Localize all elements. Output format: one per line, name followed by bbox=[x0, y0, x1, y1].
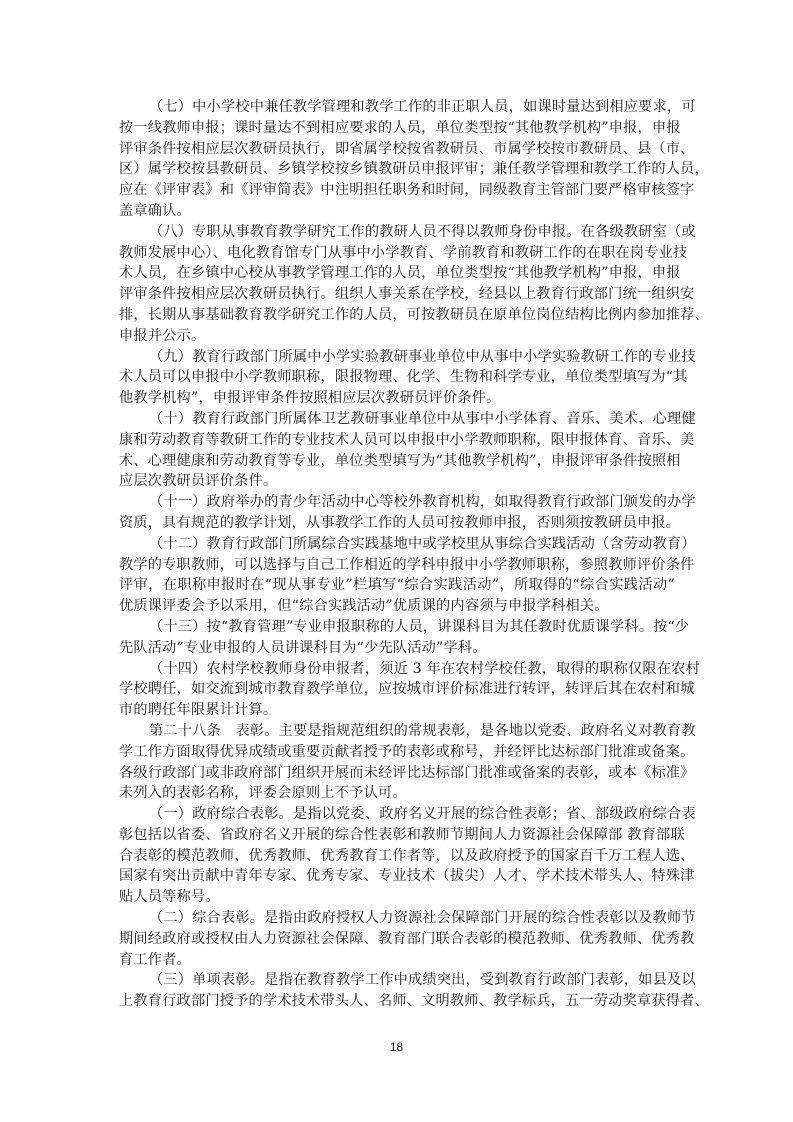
paragraph-item-14: （十四）农村学校教师身份申报者，须近 3 年在农村学校任教，取得的职称仅限在农村… bbox=[119, 659, 675, 721]
text-line: 评审，在职称申报时在“现从事专业”栏填写“综合实践活动”，所取得的“综合实践活动… bbox=[119, 575, 675, 596]
document-body: （七）中小学校中兼任教学管理和教学工作的非正职人员，如课时量达到相应要求，可按一… bbox=[119, 97, 675, 1012]
text-line: （十二）教育行政部门所属综合实践基地中或学校里从事综合实践活动（含劳动教育） bbox=[119, 534, 675, 555]
text-line: 合表彰的模范教师、优秀教师、优秀教育工作者等，以及政府授予的国家百千万工程人选、 bbox=[119, 846, 675, 867]
paragraph-item-9: （九）教育行政部门所属中小学实验教研事业单位中从事中小学实验教研工作的专业技术人… bbox=[119, 347, 675, 409]
text-line: 术、心理健康和劳动教育等专业，单位类型填写为“其他教学机构”，申报评审条件按照相 bbox=[119, 451, 675, 472]
paragraph-article-28: 第二十八条 表彰。主要是指规范组织的常规表彰，是各地以党委、政府名义对教育教学工… bbox=[119, 721, 675, 804]
text-line: （二）综合表彰。是指由政府授权人力资源社会保障部门开展的综合性表彰以及教师节 bbox=[119, 908, 675, 929]
paragraph-award-3: （三）单项表彰。是指在教育教学工作中成绩突出，受到教育行政部门表彰，如县及以上教… bbox=[119, 970, 675, 1012]
text-line: 评审条件按相应层次教研员执行。组织人事关系在学校，经县以上教育行政部门统一组织安 bbox=[119, 284, 675, 305]
text-line: 学校聘任，如交流到城市教育教学单位，应按城市评价标准进行转评，转评后其在农村和城 bbox=[119, 679, 675, 700]
text-line: （十三）按“教育管理”专业申报职称的人员，讲课科目为其任教时优质课学科。按“少 bbox=[119, 617, 675, 638]
text-line: 教学的专职教师，可以选择与自己工作相近的学科申报中小学教师职称，参照教师评价条件 bbox=[119, 555, 675, 576]
text-line: 教师发展中心）、电化教育馆专门从事中小学教育、学前教育和教研工作的在职在岗专业技 bbox=[119, 243, 675, 264]
text-line: 应在《评审表》和《评审简表》中注明担任职务和时间，同级教育主管部门要严格审核签字 bbox=[119, 180, 675, 201]
text-line: （九）教育行政部门所属中小学实验教研事业单位中从事中小学实验教研工作的专业技 bbox=[119, 347, 675, 368]
page-number: 18 bbox=[0, 1040, 793, 1054]
text-line: 上教育行政部门授予的学术技术带头人、名师、文明教师、教学标兵，五一劳动奖章获得者… bbox=[119, 991, 675, 1012]
text-line: 第二十八条 表彰。主要是指规范组织的常规表彰，是各地以党委、政府名义对教育教 bbox=[119, 721, 675, 742]
text-line: 区）属学校按县教研员、乡镇学校按乡镇教研员申报评审；兼任教学管理和教学工作的人员… bbox=[119, 159, 675, 180]
text-line: 按一线教师申报；课时量达不到相应要求的人员，单位类型按“其他教学机构”申报，申报 bbox=[119, 118, 675, 139]
text-line: 盖章确认。 bbox=[119, 201, 675, 222]
text-line: 排，长期从事基础教育教学研究工作的人员，可按教研员在原单位岗位结构比例内参加推荐… bbox=[119, 305, 675, 326]
text-line: （十一）政府举办的青少年活动中心等校外教育机构，如取得教育行政部门颁发的办学 bbox=[119, 492, 675, 513]
text-line: 术人员，在乡镇中心校从事教学管理工作的人员，单位类型按“其他教学机构”申报，申报 bbox=[119, 263, 675, 284]
text-line: 市的聘任年限累计计算。 bbox=[119, 700, 675, 721]
text-line: 国家有突出贡献中青年专家、优秀专家、专业技术（拔尖）人才、学术技术带头人、特殊津 bbox=[119, 866, 675, 887]
text-line: 先队活动”专业申报的人员讲课科目为“少先队活动”学科。 bbox=[119, 638, 675, 659]
text-line: 期间经政府或授权由人力资源社会保障、教育部门联合表彰的模范教师、优秀教师、优秀教 bbox=[119, 929, 675, 950]
text-line: （三）单项表彰。是指在教育教学工作中成绩突出，受到教育行政部门表彰，如县及以 bbox=[119, 970, 675, 991]
text-line: 康和劳动教育等教研工作的专业技术人员可以申报中小学教师职称，限申报体育、音乐、美 bbox=[119, 430, 675, 451]
text-line: 育工作者。 bbox=[119, 950, 675, 971]
text-line: （十）教育行政部门所属体卫艺教研事业单位中从事中小学体育、音乐、美术、心理健 bbox=[119, 409, 675, 430]
paragraph-item-10: （十）教育行政部门所属体卫艺教研事业单位中从事中小学体育、音乐、美术、心理健康和… bbox=[119, 409, 675, 492]
paragraph-item-7: （七）中小学校中兼任教学管理和教学工作的非正职人员，如课时量达到相应要求，可按一… bbox=[119, 97, 675, 222]
text-line: 资质，具有规范的教学计划，从事教学工作的人员可按教师申报，否则须按教研员申报。 bbox=[119, 513, 675, 534]
text-line: 术人员可以申报中小学教师职称，限报物理、化学、生物和科学专业，单位类型填写为“其 bbox=[119, 367, 675, 388]
text-line: 学工作方面取得优异成绩或重要贡献者授予的表彰或称号，并经评比达标部门批准或备案。 bbox=[119, 742, 675, 763]
text-line: （一）政府综合表彰。是指以党委、政府名义开展的综合性表彰；省、部级政府综合表 bbox=[119, 804, 675, 825]
text-line: 应层次教研员评价条件。 bbox=[119, 471, 675, 492]
text-line: 未列入的表彰名称，评委会原则上不予认可。 bbox=[119, 783, 675, 804]
paragraph-item-12: （十二）教育行政部门所属综合实践基地中或学校里从事综合实践活动（含劳动教育）教学… bbox=[119, 534, 675, 617]
paragraph-award-1: （一）政府综合表彰。是指以党委、政府名义开展的综合性表彰；省、部级政府综合表彰包… bbox=[119, 804, 675, 908]
paragraph-item-13: （十三）按“教育管理”专业申报职称的人员，讲课科目为其任教时优质课学科。按“少先… bbox=[119, 617, 675, 659]
document-page: （七）中小学校中兼任教学管理和教学工作的非正职人员，如课时量达到相应要求，可按一… bbox=[0, 0, 793, 1122]
text-line: 各级行政部门或非政府部门组织开展而未经评比达标部门批准或备案的表彰，或本《标准》 bbox=[119, 763, 675, 784]
text-line: （十四）农村学校教师身份申报者，须近 3 年在农村学校任教，取得的职称仅限在农村 bbox=[119, 659, 675, 680]
paragraph-award-2: （二）综合表彰。是指由政府授权人力资源社会保障部门开展的综合性表彰以及教师节期间… bbox=[119, 908, 675, 970]
text-line: 他教学机构”，申报评审条件按照相应层次教研员评价条件。 bbox=[119, 388, 675, 409]
text-line: 彰包括以省委、省政府名义开展的综合性表彰和教师节期间人力资源社会保障部 教育部联 bbox=[119, 825, 675, 846]
text-line: 申报并公示。 bbox=[119, 326, 675, 347]
text-line: 评审条件按相应层次教研员执行，即省属学校按省教研员、市属学校按市教研员、县（市、 bbox=[119, 139, 675, 160]
paragraph-item-11: （十一）政府举办的青少年活动中心等校外教育机构，如取得教育行政部门颁发的办学资质… bbox=[119, 492, 675, 534]
text-line: 优质课评委会予以采用，但“综合实践活动”优质课的内容须与申报学科相关。 bbox=[119, 596, 675, 617]
text-line: （八）专职从事教育教学研究工作的教研人员不得以教师身份申报。在各级教研室（或 bbox=[119, 222, 675, 243]
text-line: 贴人员等称号。 bbox=[119, 887, 675, 908]
text-line: （七）中小学校中兼任教学管理和教学工作的非正职人员，如课时量达到相应要求，可 bbox=[119, 97, 675, 118]
paragraph-item-8: （八）专职从事教育教学研究工作的教研人员不得以教师身份申报。在各级教研室（或教师… bbox=[119, 222, 675, 347]
